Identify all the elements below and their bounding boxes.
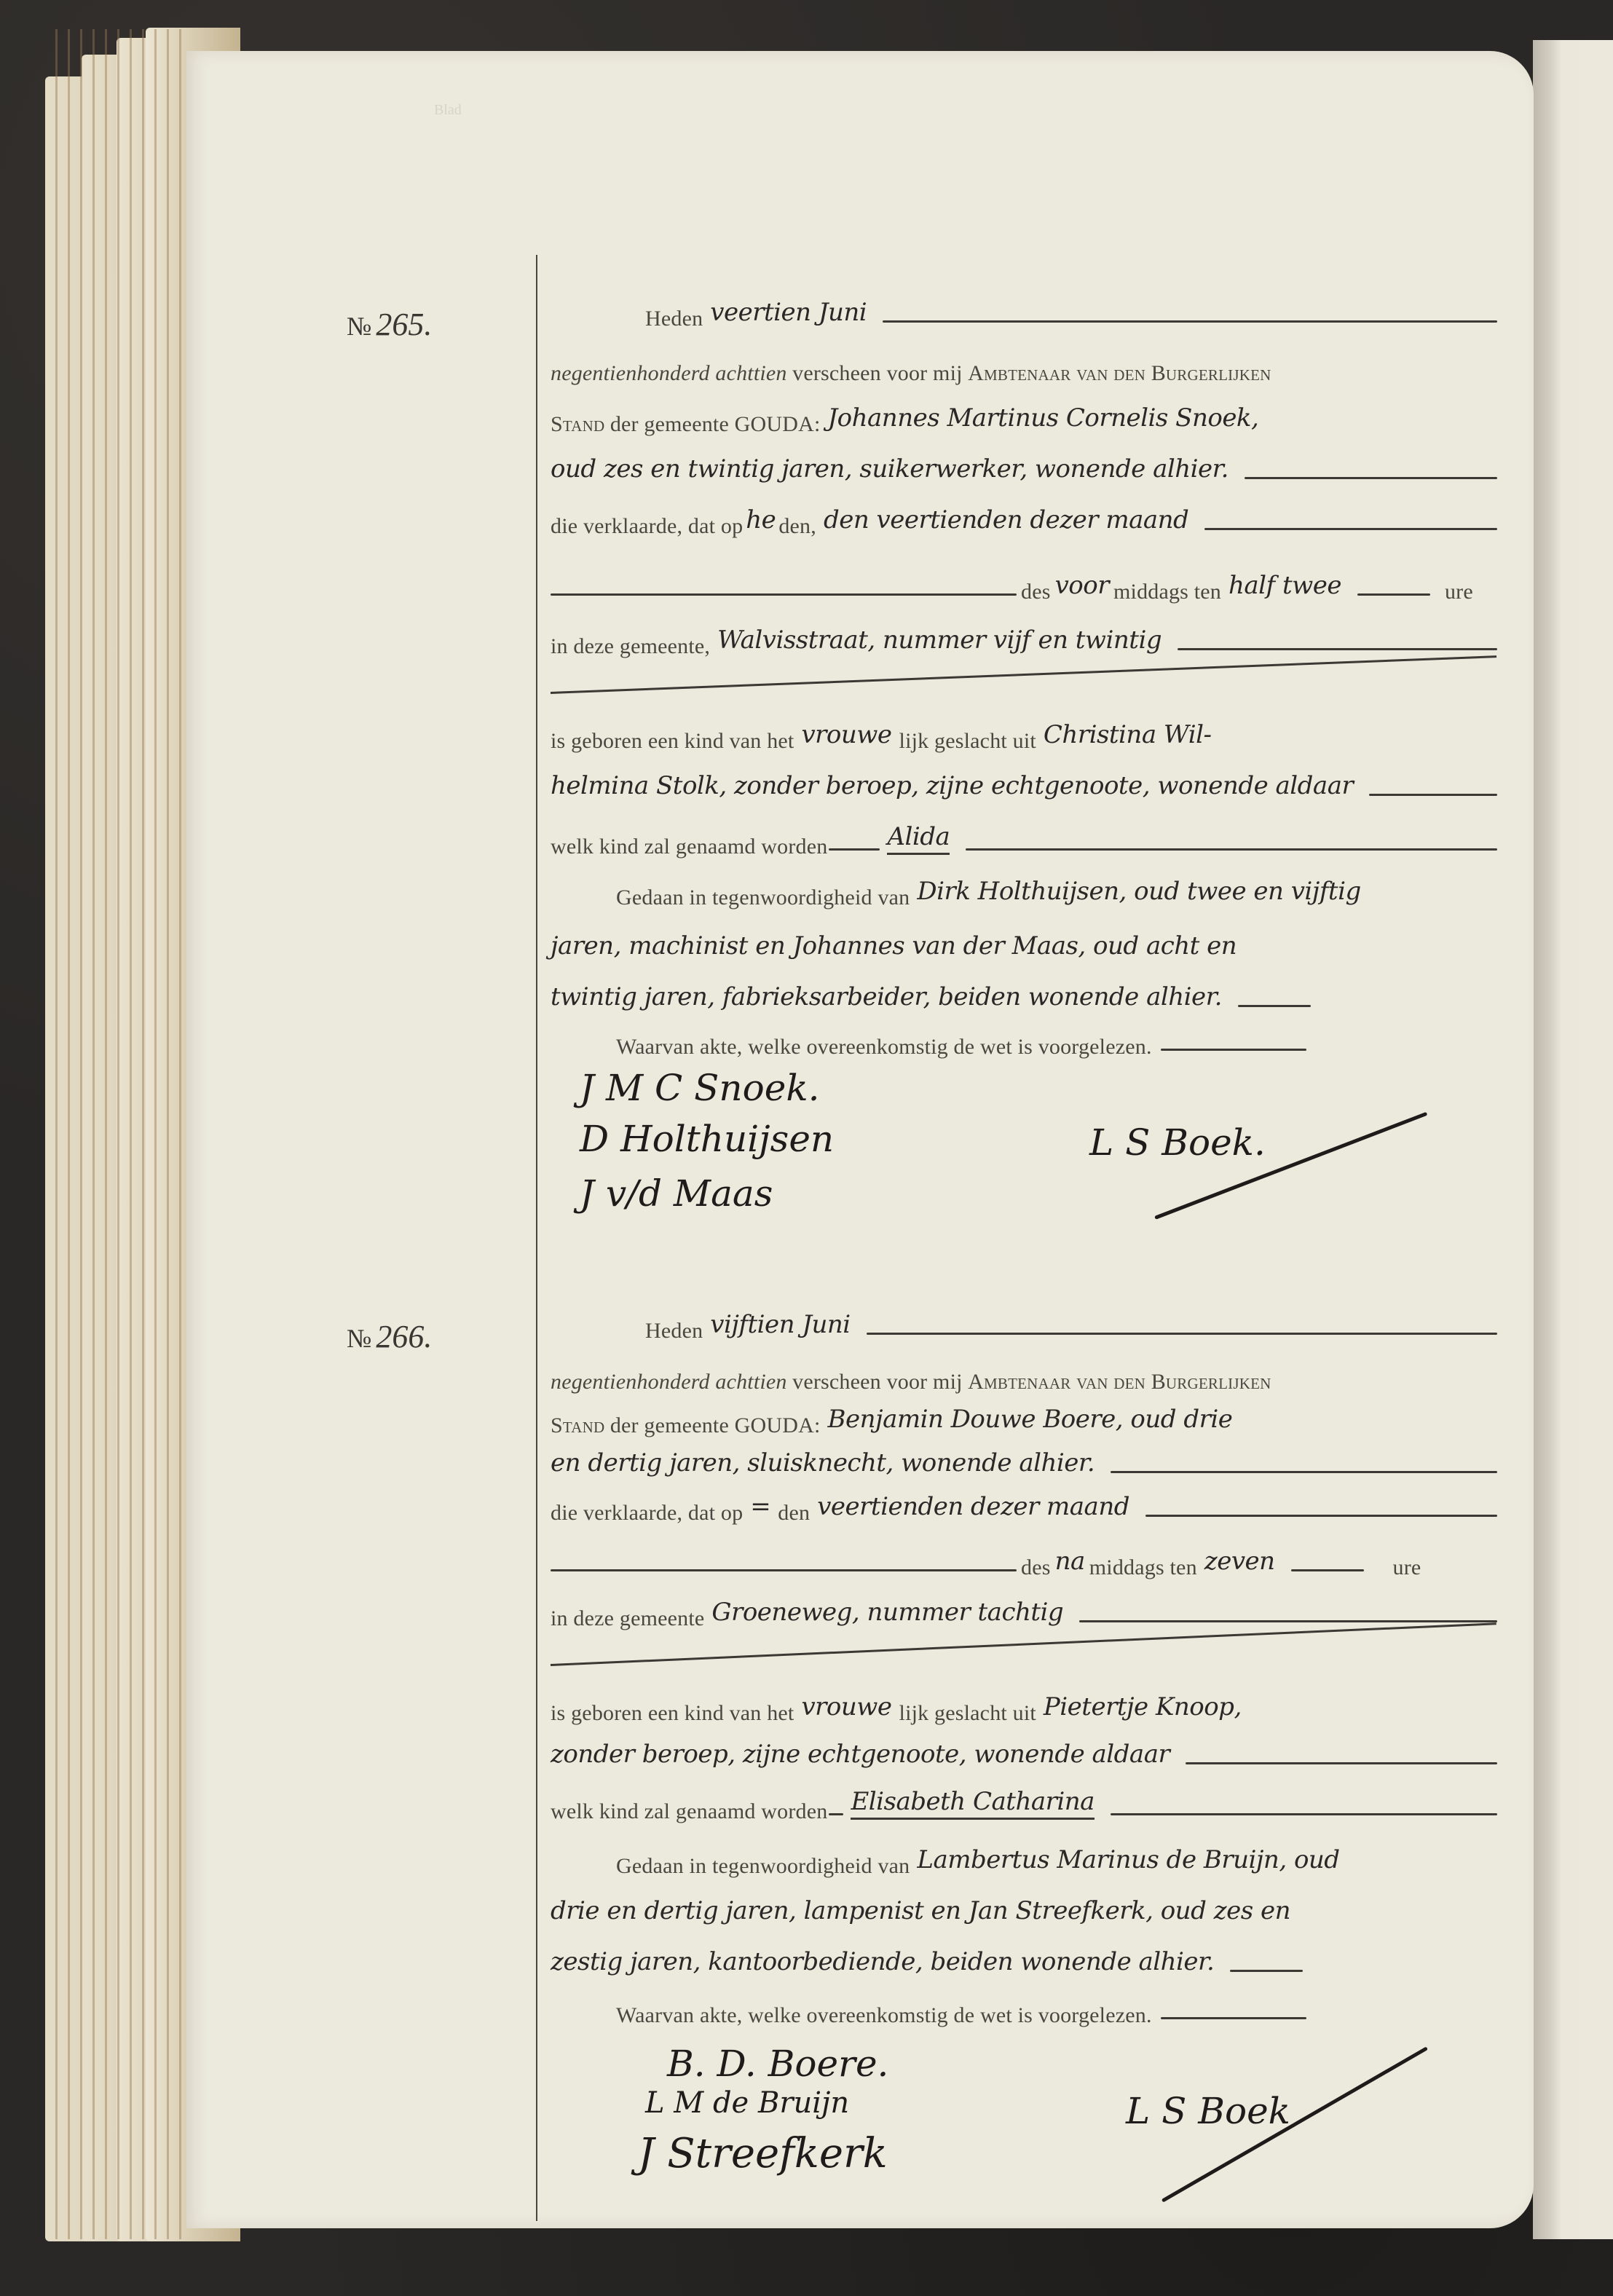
signature-witness-1: D Holthuijsen xyxy=(580,1118,834,1160)
signature-official: L S Boek xyxy=(1126,2090,1290,2132)
line-declared-date: die verklaarde, dat op = den veertienden… xyxy=(551,1475,1497,1526)
page-stack-lines xyxy=(45,29,191,2239)
line-place: in deze gemeente Groeneweg, nummer tacht… xyxy=(551,1580,1497,1631)
line-sex-mother: is geboren een kind van het vrouwe lijk … xyxy=(551,1675,1497,1726)
cancel-rule xyxy=(551,655,1496,694)
line-place: in deze gemeente, Walvisstraat, nummer v… xyxy=(551,608,1497,659)
record-number: №265. xyxy=(347,306,432,343)
line-time: des voor middags ten half twee ure xyxy=(551,553,1497,604)
line-date: Heden veertien Juni xyxy=(551,280,1497,331)
child-name: Alida xyxy=(887,822,950,855)
signature-witness-2: J v/d Maas xyxy=(580,1172,773,1215)
line-witness-details: zestig jaren, kantoorbediende, beiden wo… xyxy=(551,1930,1497,1981)
line-witness-details: drie en dertig jaren, lampenist en Jan S… xyxy=(551,1879,1497,1930)
line-declared-date: die verklaarde, dat op he den, den veert… xyxy=(551,488,1497,539)
line-year: negentienhonderd achttien verscheen voor… xyxy=(551,335,1497,386)
line-witnesses: Gedaan in tegenwoordigheid van Dirk Holt… xyxy=(551,859,1497,910)
line-child-name: welk kind zal genaamd worden Alida xyxy=(551,808,1497,859)
child-name: Elisabeth Catharina xyxy=(851,1787,1094,1820)
line-time: des na middags ten zeven ure xyxy=(551,1529,1497,1580)
signature-witness-1: L M de Bruijn xyxy=(645,2086,849,2120)
line-declarant-details: oud zes en twintig jaren, suikerwerker, … xyxy=(551,437,1497,488)
line-closing: Waarvan akte, welke overeenkomstig de we… xyxy=(551,1977,1497,2028)
declarant-name: Benjamin Douwe Boere, oud drie xyxy=(828,1405,1233,1434)
declarant-name: Johannes Martinus Cornelis Snoek, xyxy=(828,403,1259,433)
line-mother-details: zonder beroep, zijne echtgenoote, wonend… xyxy=(551,1722,1497,1773)
line-mother-details: helmina Stolk, zonder beroep, zijne echt… xyxy=(551,754,1497,805)
register-page: Blad №265. Heden veertien Juni negentien… xyxy=(186,51,1534,2228)
signature-declarant: B. D. Boere. xyxy=(667,2043,888,2085)
line-date: Heden vijftien Juni xyxy=(551,1293,1497,1344)
line-closing: Waarvan akte, welke overeenkomstig de we… xyxy=(551,1009,1497,1060)
line-sex-mother: is geboren een kind van het vrouwe lijk … xyxy=(551,703,1497,754)
margin-rule xyxy=(536,255,537,2221)
line-witnesses: Gedaan in tegenwoordigheid van Lambertus… xyxy=(551,1828,1497,1879)
record-number: №266. xyxy=(347,1318,432,1355)
signature-declarant: J M C Snoek. xyxy=(580,1067,820,1109)
page-header-ghost: Blad xyxy=(434,102,462,119)
line-witness-details: jaren, machinist en Johannes van der Maa… xyxy=(551,914,1497,965)
signature-witness-2: J Streefkerk xyxy=(638,2130,888,2177)
facing-page-edge xyxy=(1533,40,1613,2239)
signature-official: L S Boek. xyxy=(1089,1121,1266,1164)
line-child-name: welk kind zal genaamd worden Elisabeth C… xyxy=(551,1773,1497,1824)
line-declarant: Stand der gemeente GOUDA: Johannes Marti… xyxy=(551,386,1497,437)
